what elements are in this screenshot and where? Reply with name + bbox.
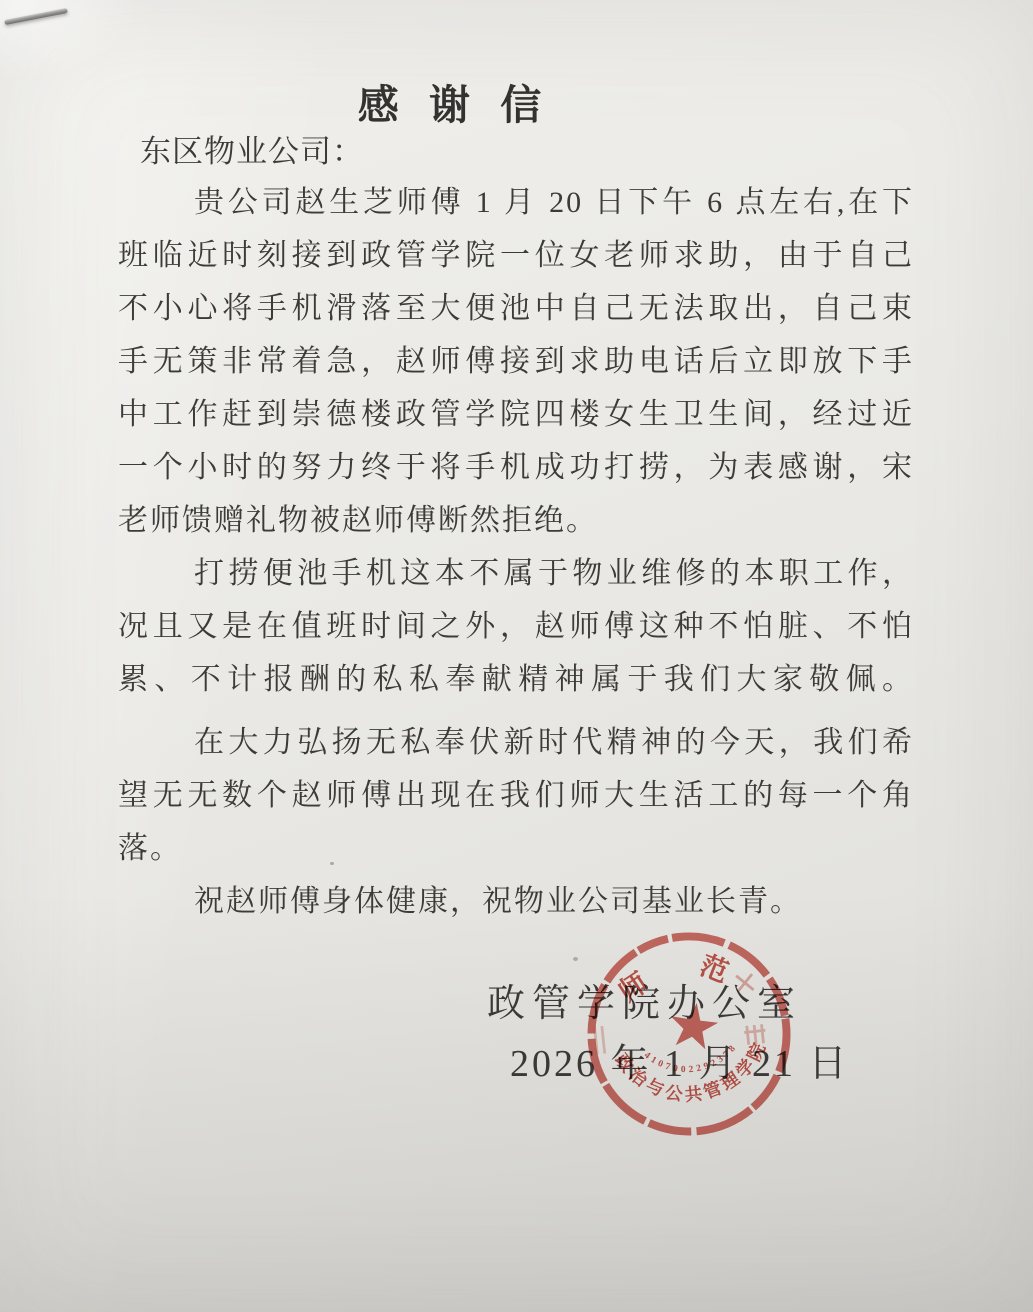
body-line: 贵公司赵生芝师傅 1 月 20 日下午 6 点左右,在下 bbox=[118, 176, 914, 229]
body-line: 班临近时刻接到政管学院一位女老师求助，由于自己 bbox=[118, 229, 914, 282]
body-line: 累、不计报酬的私私奉献精神属于我们大家敬佩。 bbox=[118, 653, 914, 706]
body-line: 一个小时的努力终于将手机成功打捞，为表感谢，宋 bbox=[118, 441, 914, 494]
official-seal-stamp: 师 范 政治与公共管理学院 4107002292378 bbox=[573, 918, 806, 1151]
body-line: 手无策非常着急，赵师傅接到求助电话后立即放下手 bbox=[118, 335, 914, 388]
body-line: 落。 bbox=[118, 822, 914, 875]
letter-page: 感 谢 信 东区物业公司： 贵公司赵生芝师傅 1 月 20 日下午 6 点左右,… bbox=[0, 0, 1033, 1312]
body-line: 老师馈赠礼物被赵师傅断然拒绝。 bbox=[118, 494, 914, 547]
body-line: 祝赵师傅身体健康，祝物业公司基业长青。 bbox=[118, 875, 914, 928]
body-line: 在大力弘扬无私奉伏新时代精神的今天，我们希 bbox=[118, 716, 914, 769]
letter-title: 感 谢 信 bbox=[0, 72, 971, 131]
body-line: 不小心将手机滑落至大便池中自己无法取出，自己束 bbox=[118, 282, 914, 335]
staple bbox=[4, 8, 68, 25]
paper-speck bbox=[330, 862, 334, 865]
paper-corner-highlight bbox=[0, 0, 140, 80]
body-line: 况且又是在值班时间之外，赵师傅这种不怕脏、不怕 bbox=[118, 600, 914, 653]
body-line: 望无无数个赵师傅出现在我们师大生活工的每一个角 bbox=[118, 769, 914, 822]
body-line: 中工作赶到崇德楼政管学院四楼女生卫生间，经过近 bbox=[118, 388, 914, 441]
body-line: 打捞便池手机这本不属于物业维修的本职工作， bbox=[118, 547, 914, 600]
seal-star-icon bbox=[667, 1000, 721, 1051]
salutation: 东区物业公司： bbox=[140, 126, 364, 171]
letter-body: 贵公司赵生芝师傅 1 月 20 日下午 6 点左右,在下 班临近时刻接到政管学院… bbox=[118, 176, 914, 928]
